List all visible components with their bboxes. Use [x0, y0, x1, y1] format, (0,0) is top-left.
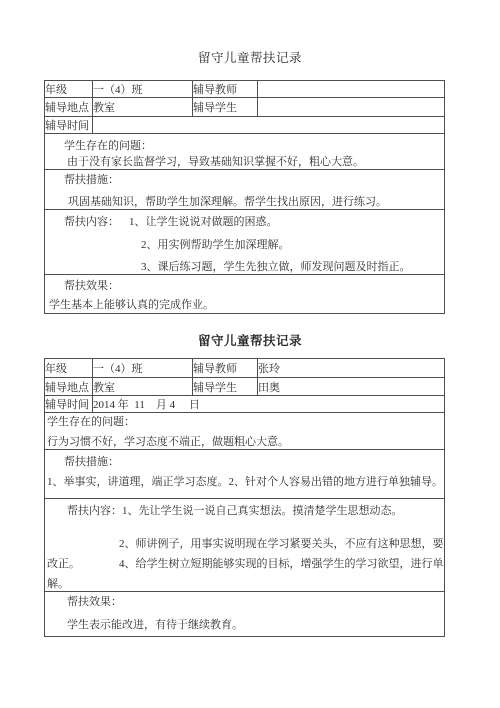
record1-teacher-value: [258, 81, 445, 98]
record1-table: 年级 一（4）班 辅导教师 辅导地点 教室 辅导学生 辅导时间 学生存在的问题：…: [44, 80, 445, 314]
record1-row-effect: 帮扶效果： 学生基本上能够认真的完成作业。: [45, 275, 445, 314]
record1-effect-text: 学生基本上能够认真的完成作业。: [45, 298, 444, 312]
record2-place-label: 辅导地点: [45, 378, 93, 396]
record2-content-line3a: 改正。: [47, 558, 80, 570]
record1-row-time: 辅导时间: [45, 117, 445, 134]
record1-problem-label: 学生存在的问题：: [45, 134, 444, 153]
record2-content-line4: 解。: [45, 577, 444, 591]
record1-time-value: [93, 117, 445, 134]
record2-row-measures: 帮扶措施： 1、举事实，讲道理，端正学习态度。2、针对个人容易出错的地方进行单独…: [45, 450, 445, 499]
record2-problem-label: 学生存在的问题：: [45, 413, 444, 429]
record2-problem-text: 行为习惯不好，学习态度不端正，做题粗心大意。: [45, 435, 444, 449]
record2-content-line1: 帮扶内容：1、先让学生说一说自己真实想法。摸清楚学生思想动态。: [45, 499, 444, 518]
record1-content-label: 帮扶内容：: [64, 216, 119, 228]
record1-grade-value: 一（4）班: [93, 81, 193, 98]
record1-row-grade: 年级 一（4）班 辅导教师: [45, 81, 445, 98]
record1-place-value: 教室: [93, 98, 193, 117]
record2-content-line2: 2、师讲例子，用事实说明现在学习紧要关头，不应有这种思想，要及时: [45, 537, 444, 551]
record2-content-line3b: 4、给学生树立短期能够实现的目标，增强学生的学习欲望，进行单独讲: [119, 558, 445, 570]
record2-teacher-value: 张玲: [258, 359, 445, 378]
record2-row-effect: 帮扶效果： 学生表示能改进，有待于继续教育。: [45, 592, 445, 637]
record1-student-label: 辅导学生: [193, 98, 258, 117]
document-page: 留守儿童帮扶记录 年级 一（4）班 辅导教师 辅导地点 教室 辅导学生 辅导时间…: [0, 0, 500, 708]
record1-row-problem: 学生存在的问题： 由于没有家长监督学习，导致基础知识掌握不好，粗心大意。: [45, 134, 445, 170]
record2-place-value: 教室: [93, 378, 193, 396]
record2-row-time: 辅导时间 2014 年 11 月 4 日: [45, 396, 445, 413]
record2-effect-label: 帮扶效果：: [45, 592, 444, 609]
record2-row-grade: 年级 一（4）班 辅导教师 张玲: [45, 359, 445, 378]
record2-student-value: 田奥: [258, 378, 445, 396]
record2-title: 留守儿童帮扶记录: [0, 331, 500, 349]
record2-teacher-label: 辅导教师: [193, 359, 258, 378]
record2-row-content: 帮扶内容：1、先让学生说一说自己真实想法。摸清楚学生思想动态。 2、师讲例子，用…: [45, 499, 445, 592]
record2-grade-value: 一（4）班: [93, 359, 193, 378]
record1-row-measures: 帮扶措施： 巩固基础知识，帮助学生加深理解。帮学生找出原因，进行练习。: [45, 170, 445, 210]
record1-teacher-label: 辅导教师: [193, 81, 258, 98]
record1-content-item1: 1、让学生说说对做题的困惑。: [129, 216, 278, 228]
record2-row-problem: 学生存在的问题： 行为习惯不好，学习态度不端正，做题粗心大意。: [45, 413, 445, 450]
record2-measures-text: 1、举事实，讲道理，端正学习态度。2、针对个人容易出错的地方进行单独辅导。: [45, 475, 444, 489]
record1-row-place: 辅导地点 教室 辅导学生: [45, 98, 445, 117]
record2-time-value: 2014 年 11 月 4 日: [93, 396, 445, 413]
record2-content-line3: 改正。4、给学生树立短期能够实现的目标，增强学生的学习欲望，进行单独讲: [45, 557, 444, 571]
record1-measures-label: 帮扶措施：: [45, 170, 444, 187]
record2-time-label: 辅导时间: [45, 396, 93, 413]
record1-effect-label: 帮扶效果：: [45, 275, 444, 293]
record1-problem-text: 由于没有家长监督学习，导致基础知识掌握不好，粗心大意。: [45, 155, 444, 169]
record1-measures-text: 巩固基础知识，帮助学生加深理解。帮学生找出原因，进行练习。: [45, 195, 444, 209]
record2-table: 年级 一（4）班 辅导教师 张玲 辅导地点 教室 辅导学生 田奥 辅导时间 20…: [44, 358, 445, 637]
record1-content-line1: 帮扶内容：1、让学生说说对做题的困惑。: [45, 210, 444, 229]
record1-content-item2: 2、用实例帮助学生加深理解。: [45, 238, 444, 252]
record1-time-label: 辅导时间: [45, 117, 93, 134]
record2-grade-label: 年级: [45, 359, 93, 378]
record1-place-label: 辅导地点: [45, 98, 93, 117]
record1-student-value: [258, 98, 445, 117]
record1-row-content: 帮扶内容：1、让学生说说对做题的困惑。 2、用实例帮助学生加深理解。 3、课后练…: [45, 210, 445, 275]
record2-effect-text: 学生表示能改进，有待于继续教育。: [45, 618, 444, 632]
record1-title: 留守儿童帮扶记录: [0, 48, 500, 66]
record1-content-item3: 3、课后练习题，学生先独立做，师发现问题及时指正。: [45, 260, 444, 274]
record2-measures-label: 帮扶措施：: [45, 450, 444, 469]
record1-grade-label: 年级: [45, 81, 93, 98]
record2-row-place: 辅导地点 教室 辅导学生 田奥: [45, 378, 445, 396]
record2-student-label: 辅导学生: [193, 378, 258, 396]
